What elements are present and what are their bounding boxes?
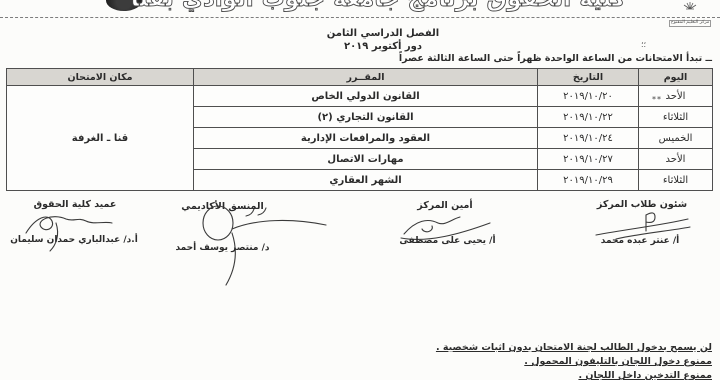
exam-location-cell: قنا ـ الغرفة [7,86,194,191]
dashed-divider [0,17,720,18]
footer-note-no-smoking: ممنوع التدخين داخل اللجان . [578,370,712,380]
footer-note-no-phones: ممنوع دخول اللجان بالتليفون المحمول . [524,356,712,367]
location-column-header: مكان الامتحان [7,69,194,86]
day-cell: الثلاثاء [639,107,713,128]
table-row: الأحد ٢٠١٩/١٠/٢٠ القانون الدولي الخاص قن… [7,86,713,107]
day-cell: الثلاثاء [639,170,713,191]
course-cell: القانون التجاري (٢) [194,107,538,128]
day-cell: الأحد [639,86,713,107]
course-cell: القانون الدولي الخاص [194,86,538,107]
date-cell: ٢٠١٩/١٠/٢٢ [538,107,639,128]
stray-ink-mark: ؛؛ [641,40,646,49]
logo-caption: مركز التعليم المفتوح [669,20,711,27]
course-cell: الشهر العقاري [194,170,538,191]
semester-line: الفصل الدراسي الثامن [283,28,483,39]
course-cell: مهارات الاتصال [194,149,538,170]
eagle-emblem-icon [675,1,705,10]
signature-name-secretary: أ/ يحيى على مصطفى [395,236,500,246]
day-column-header: اليوم [639,69,713,86]
date-cell: ٢٠١٩/١٠/٢٩ [538,170,639,191]
exam-time-note: ــ تبدأ الامتحانات من الساعة الواحدة ظهر… [399,53,712,64]
signature-name-student-affairs: أ/ عنتر عبده محمد [585,236,695,246]
table-header-row: اليوم التاريخ المقــرر مكان الامتحان [7,69,713,86]
signature-name-dean: أ.د/ عبدالباري حمدان سليمان [3,235,145,245]
footer-note-id-required: لن يسمح بدخول الطالب لجنة الامتحان بدون … [436,342,712,353]
course-column-header: المقــرر [194,69,538,86]
session-line: دور أكتوبر ٢٠١٩ [283,41,483,52]
scanned-exam-schedule-page: كلية الحقوق برنامج جامعة جنوب الوادي بقن… [0,0,720,380]
dean-signature-icon [22,209,118,253]
open-education-center-logo: مركز التعليم المفتوح [666,1,714,27]
day-cell: الأحد [639,149,713,170]
date-cell: ٢٠١٩/١٠/٢٠ [538,86,639,107]
stray-ink-mark: ** [652,95,662,104]
date-cell: ٢٠١٩/١٠/٢٧ [538,149,639,170]
date-column-header: التاريخ [538,69,639,86]
day-cell: الخميس [639,128,713,149]
signature-name-coordinator: د/ منتصر يوسف أحمد [160,243,285,253]
course-cell: العقود والمرافعات الإدارية [194,128,538,149]
faculty-title: كلية الحقوق برنامج جامعة جنوب الوادي بقن… [128,0,628,12]
date-cell: ٢٠١٩/١٠/٢٤ [538,128,639,149]
exam-schedule-table: اليوم التاريخ المقــرر مكان الامتحان الأ… [6,68,713,191]
